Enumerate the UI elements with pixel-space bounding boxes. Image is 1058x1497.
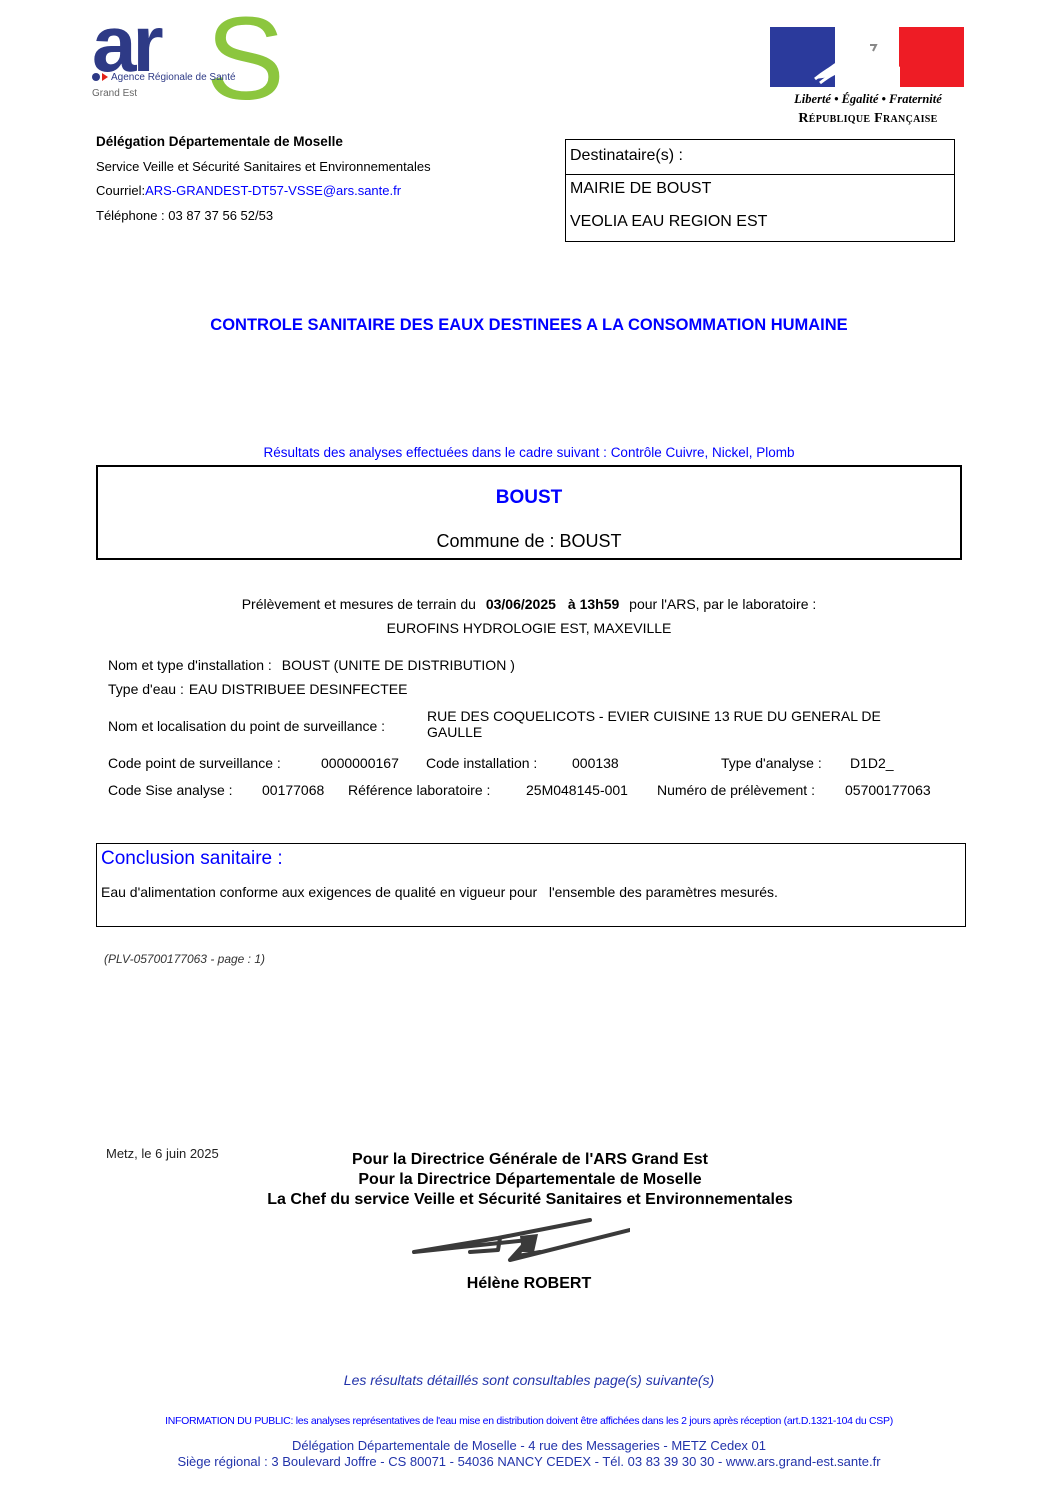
sample-number-label: Numéro de prélèvement : [657,782,815,798]
analysis-type-label: Type d'analyse : [721,755,822,771]
blue-dot-icon [92,73,100,81]
document-title: CONTROLE SANITAIRE DES EAUX DESTINEES A … [0,316,1058,335]
installation-row: Nom et type d'installation :BOUST (UNITE… [108,657,515,673]
code-point-value: 0000000167 [321,755,399,771]
water-type-value: EAU DISTRIBUEE DESINFECTEE [189,681,408,697]
water-type-label: Type d'eau : [108,681,184,697]
ars-region: Grand Est [92,88,137,99]
public-info-text: les analyses représentatives de l'eau mi… [296,1415,893,1427]
point-label: Nom et localisation du point de surveill… [108,718,385,734]
conclusion-text: Eau d'alimentation conforme aux exigence… [101,884,778,900]
conclusion-box: Conclusion sanitaire : Eau d'alimentatio… [96,843,966,927]
point-value-line1: RUE DES COQUELICOTS - EVIER CUISINE 13 R… [427,708,881,724]
ars-logo: ar S Agence Régionale de Santé Grand Est [88,18,278,118]
sampling-suffix: pour l'ARS, par le laboratoire : [629,596,816,612]
red-arrow-icon [102,73,108,81]
recipient-item: VEOLIA EAU REGION EST [566,208,954,241]
unit-commune: Commune de : BOUST [98,531,960,552]
page-reference: (PLV-05700177063 - page : 1) [104,952,265,966]
point-value: RUE DES COQUELICOTS - EVIER CUISINE 13 R… [427,708,881,740]
lab-ref-value: 25M048145-001 [526,782,628,798]
signature-line1: Pour la Directrice Générale de l'ARS Gra… [180,1150,880,1170]
recipients-box: Destinataire(s) : MAIRIE DE BOUST VEOLIA… [565,139,955,242]
unit-box: BOUST Commune de : BOUST [96,465,962,560]
phone-line: Téléphone : 03 87 37 56 52/53 [96,204,431,229]
ars-agency-label: Agence Régionale de Santé [111,72,236,83]
signature-line2: Pour la Directrice Départementale de Mos… [180,1170,880,1190]
marianne-profile-icon [810,27,900,87]
code-point-label: Code point de surveillance : [108,755,281,771]
sampling-prefix: Prélèvement et mesures de terrain du [242,596,476,612]
sise-label: Code Sise analyse : [108,782,233,798]
handwritten-signature-icon [410,1212,630,1262]
flag-red [899,27,964,87]
lab-ref-label: Référence laboratoire : [348,782,490,798]
point-value-line2: GAULLE [427,724,881,740]
email-label: Courriel: [96,183,145,198]
recipients-label: Destinataire(s) : [566,140,954,175]
footer-address-siege: Siège régional : 3 Boulevard Joffre - CS… [0,1454,1058,1469]
installation-label: Nom et type d'installation : [108,657,272,673]
unit-name: BOUST [98,487,960,509]
sise-value: 00177068 [262,782,324,798]
sender-block: Délégation Départementale de Moselle Ser… [96,130,431,228]
footer-address-delegation: Délégation Départementale de Moselle - 4… [0,1438,1058,1453]
marianne-logo [770,27,964,87]
ars-agency-name: Agence Régionale de Santé [92,72,236,83]
email-link[interactable]: ARS-GRANDEST-DT57-VSSE@ars.sante.fr [145,183,401,198]
laboratory-name: EUROFINS HYDROLOGIE EST, MAXEVILLE [0,620,1058,636]
delegation-title: Délégation Départementale de Moselle [96,130,431,155]
conclusion-heading: Conclusion sanitaire : [101,848,283,870]
sampling-date: 03/06/2025 [486,596,556,612]
analysis-type-value: D1D2_ [850,755,894,771]
signature-titles: Pour la Directrice Générale de l'ARS Gra… [180,1150,880,1210]
analysis-context: Résultats des analyses effectuées dans l… [0,445,1058,460]
service-name: Service Veille et Sécurité Sanitaires et… [96,155,431,180]
sampling-line: Prélèvement et mesures de terrain du 03/… [0,596,1058,612]
next-pages-note: Les résultats détaillés sont consultable… [0,1372,1058,1388]
public-info-label: INFORMATION DU PUBLIC: [165,1415,293,1427]
code-installation-value: 000138 [572,755,619,771]
public-info: INFORMATION DU PUBLIC: les analyses repr… [0,1415,1058,1427]
signature-line3: La Chef du service Veille et Sécurité Sa… [180,1190,880,1210]
republique-devise: Liberté • Égalité • Fraternité [770,92,966,107]
recipient-item: MAIRIE DE BOUST [566,175,954,208]
email-line: Courriel:ARS-GRANDEST-DT57-VSSE@ars.sant… [96,179,431,204]
water-type-row: Type d'eau :EAU DISTRIBUEE DESINFECTEE [108,681,407,697]
signer-name: Hélène ROBERT [0,1275,1058,1293]
installation-value: BOUST (UNITE DE DISTRIBUTION ) [282,657,515,673]
republique-name: République Française [770,111,966,127]
code-installation-label: Code installation : [426,755,537,771]
ars-logo-s: S [206,0,285,118]
sample-number-value: 05700177063 [845,782,931,798]
sampling-time: à 13h59 [568,596,619,612]
